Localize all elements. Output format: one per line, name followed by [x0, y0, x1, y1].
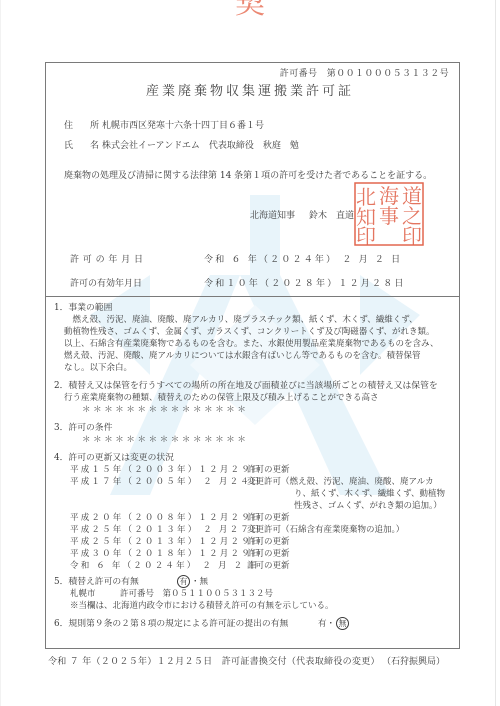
history-date: 平成２０年（２００８年）１２月２９日: [70, 512, 263, 524]
address-label: 住 所: [64, 120, 103, 132]
section-1-line: 動植物性残さ、ゴムくず、金属くず、ガラスくず、コンクリートくず及び陶磁器くず、が…: [64, 326, 435, 338]
history-date: 令和 ６ 年（２０２４年） ２ 月 ２ 日: [70, 560, 260, 572]
address-value: 札幌市西区発寒十六条十四丁目６番１号: [102, 120, 264, 132]
section-5-note: ※当欄は、北海道内政令市における積替え許可の有無を示している。: [70, 600, 334, 612]
section-1-line: 燃え殻、汚泥、廃油、廃酸、廃アルカリ、廃プラスチック類、紙くず、木くず、繊維くず…: [64, 314, 418, 326]
option-yes-selected: 有: [177, 575, 190, 588]
history-desc: 変更許可（石綿含有産業廃棄物の追加。）: [247, 524, 404, 536]
section-2-line: 行う産業廃棄物の種類、積替えのための保管上限及び積み上げることができる高さ: [64, 392, 379, 404]
history-date: 平成２５年（２０１３年）１２月２９日: [70, 536, 263, 548]
expiry-date-label: 許可の有効年月日: [70, 278, 142, 290]
history-desc: 許可の更新: [247, 512, 290, 524]
contract-seal-stamp: 契: [232, 0, 268, 22]
section-1-line: 以上、石綿含有産業廃棄物であるものを含む。また、水銀使用製品産業廃棄物であるもの…: [64, 338, 439, 350]
history-desc: 許可の更新: [247, 560, 290, 572]
history-desc: 許可の更新: [247, 536, 290, 548]
section-divider: [45, 296, 459, 297]
reissue-entry: 令和 ７ 年（２０２５年）１２月２５日 許可証書換交付（代表取締役の変更）: [48, 656, 380, 668]
permit-number: 許可番号 第００１０００５３１３２号: [280, 68, 449, 80]
name-value: 株式会社イーアンドエム 代表取締役 秋庭 勉: [102, 140, 299, 152]
transfer-permit-choice: 有・無: [176, 575, 208, 588]
issuer-name: 鈴木 直道: [309, 211, 354, 221]
history-desc: 許可の更新: [247, 548, 290, 560]
separator: ・: [327, 619, 336, 629]
section-1-line: 燃え殻、汚泥、廃酸、廃アルカリについては水銀含有ばいじん等であるものを含む。積替…: [64, 350, 421, 362]
permit-date-value: 令和 ６ 年（２０２４年） ２ 月 ２ 日: [204, 254, 402, 266]
history-date: 平成１７年（２００５年） ２ 月２４日: [70, 476, 262, 488]
issuer: 北海道知事鈴木 直道: [250, 210, 354, 222]
option-no-selected: 無: [336, 617, 349, 630]
history-date: 平成２５年（２０１３年） ２ 月２７日: [70, 524, 262, 536]
section-1-line: なし。以下余白。: [64, 362, 132, 374]
page-edge: [0, 0, 1, 706]
history-desc: 変更許可（燃え殻、汚泥、廃油、廃酸、廃アルカ: [247, 476, 434, 488]
governor-seal-icon: 道 海 北 之 事 知 印 印: [354, 182, 424, 246]
section-3-placeholder: ＊＊＊＊＊＊＊＊＊＊＊＊＊＊＊: [82, 434, 249, 446]
issuer-title: 北海道知事: [250, 211, 295, 221]
history-date: 平成３０年（２０１８年）１２月２９日: [70, 548, 263, 560]
name-label: 氏 名: [64, 140, 103, 152]
permit-date-label: 許可の年月日: [70, 254, 147, 266]
history-desc-cont: り、紙くず、木くず、繊維くず、動植物: [294, 488, 445, 500]
page-title: 産業廃棄物収集運搬業許可証: [0, 86, 500, 98]
separator: ・: [191, 577, 200, 587]
section-3-heading: 3．許可の条件: [54, 422, 112, 434]
city-permit-number: 許可番号 第０５１１００５３１３２号: [120, 588, 273, 600]
history-desc-cont: 性残さ、ゴムくず、がれき類の追加。）: [294, 500, 442, 512]
option-yes: 有: [318, 619, 327, 629]
section-2-placeholder: ＊＊＊＊＊＊＊＊＊＊＊＊＊＊＊: [82, 404, 249, 416]
history-desc: 許可の更新: [247, 464, 290, 476]
submission-choice: 有・無: [318, 617, 350, 630]
issuing-office: （石狩振興局）: [382, 656, 445, 668]
section-5-heading: 5．積替え許可の有無: [54, 576, 139, 588]
svg-text:印: 印: [402, 224, 422, 246]
history-date: 平成１５年（２００３年）１２月２９日: [70, 464, 263, 476]
page-edge: [495, 0, 496, 706]
svg-text:事: 事: [379, 204, 399, 228]
certification-statement: 廃棄物の処理及び清掃に関する法律第 14 条第１項の許可を受けた者であることを証…: [64, 170, 432, 182]
city: 札幌市: [70, 588, 96, 600]
expiry-date-value: 令和１０年（２０２８年）１２月２８日: [204, 278, 406, 290]
section-2-heading: 2．積替え又は保管を行うすべての場所の所在地及び面積並びに当該場所ごとの積替え又…: [54, 380, 438, 392]
svg-text:印: 印: [356, 224, 376, 246]
section-1-heading: 1．事業の範囲: [54, 302, 112, 314]
section-6-heading: 6．規則第９条の２第８項の規定による許可証の提出の有無: [54, 618, 288, 630]
section-4-heading: 4．許可の更新又は変更の状況: [54, 452, 174, 464]
option-no: 無: [200, 577, 209, 587]
